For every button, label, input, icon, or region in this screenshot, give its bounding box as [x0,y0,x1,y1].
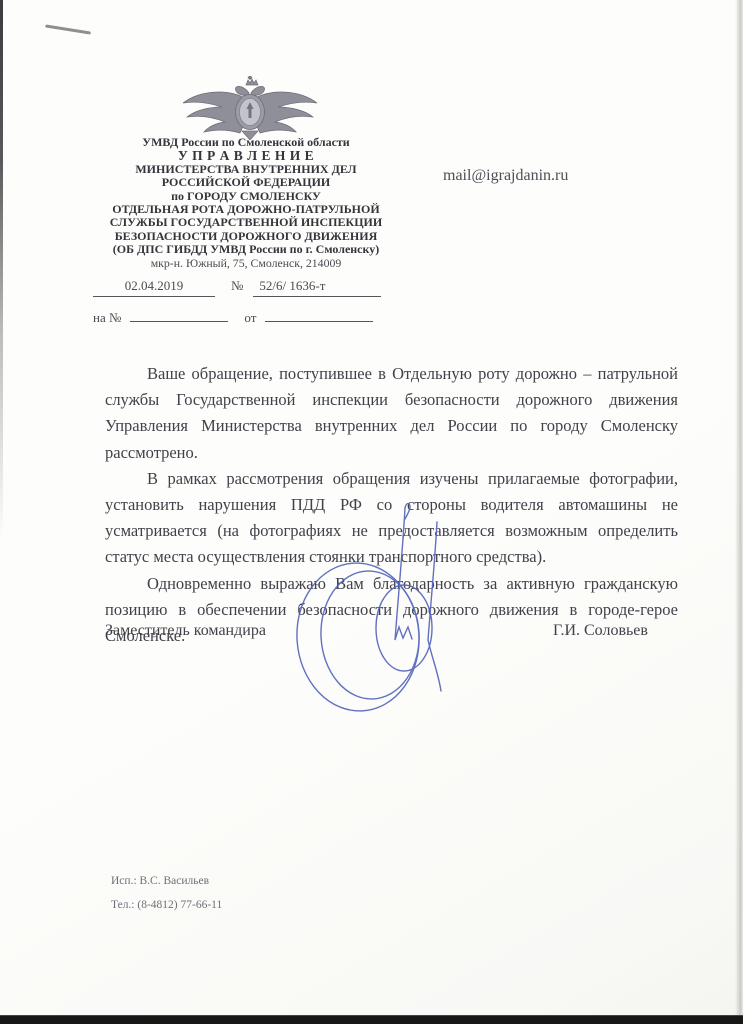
executor-line: Исп.: В.С. Васильев [111,875,209,887]
letterhead-line: У П Р А В Л Е Н И Е [88,149,404,162]
scan-edge-bottom [0,1015,743,1024]
signer-name: Г.И. Соловьев [553,622,648,640]
reference-block: 02.04.2019 № 52/6/ 1636-т на № от [93,278,393,326]
letterhead-line: УМВД России по Смоленской области [88,136,404,149]
signer-position-title: Заместитель командира [105,622,266,640]
number-sign: № [231,278,243,294]
letterhead-address: мкр-н. Южный, 75, Смоленск, 214009 [88,257,404,270]
body-paragraph: Ваше обращение, поступившее в Отдельную … [105,361,678,466]
scan-edge-right [735,0,743,1024]
scan-edge-left [0,0,3,540]
from-label: от [244,310,256,326]
reply-number-blank [130,306,228,322]
phone-line: Тел.: (8-4812) 77-66-11 [111,899,222,911]
reference-row-reply: на № от [93,306,393,326]
letterhead: УМВД России по Смоленской области У П Р … [88,136,404,270]
recipient-email: mail@igrajdanin.ru [443,167,568,185]
scanned-letter-page: УМВД России по Смоленской области У П Р … [0,0,743,1024]
letter-number: 52/6/ 1636-т [253,278,381,297]
letterhead-line: по ГОРОДУ СМОЛЕНСКУ [88,190,404,203]
letter-date: 02.04.2019 [93,278,215,297]
letterhead-line: РОССИЙСКОЙ ФЕДЕРАЦИИ [88,176,404,189]
letterhead-line: (ОБ ДПС ГИБДД УМВД России по г. Смоленск… [88,243,404,256]
mvd-eagle-emblem-icon [180,76,320,140]
letterhead-line: МИНИСТЕРСТВА ВНУТРЕННИХ ДЕЛ [88,163,404,176]
letterhead-line: БЕЗОПАСНОСТИ ДОРОЖНОГО ДВИЖЕНИЯ [88,230,404,243]
pen-stroke-mark-icon [45,24,91,34]
from-date-blank [265,306,373,322]
letterhead-line: ОТДЕЛЬНАЯ РОТА ДОРОЖНО-ПАТРУЛЬНОЙ [88,203,404,216]
reference-row-number: 02.04.2019 № 52/6/ 1636-т [93,278,393,297]
letterhead-line: СЛУЖБЫ ГОСУДАРСТВЕННОЙ ИНСПЕКЦИИ [88,216,404,229]
reply-to-label: на № [93,310,121,326]
handwritten-signature-icon [292,500,464,715]
